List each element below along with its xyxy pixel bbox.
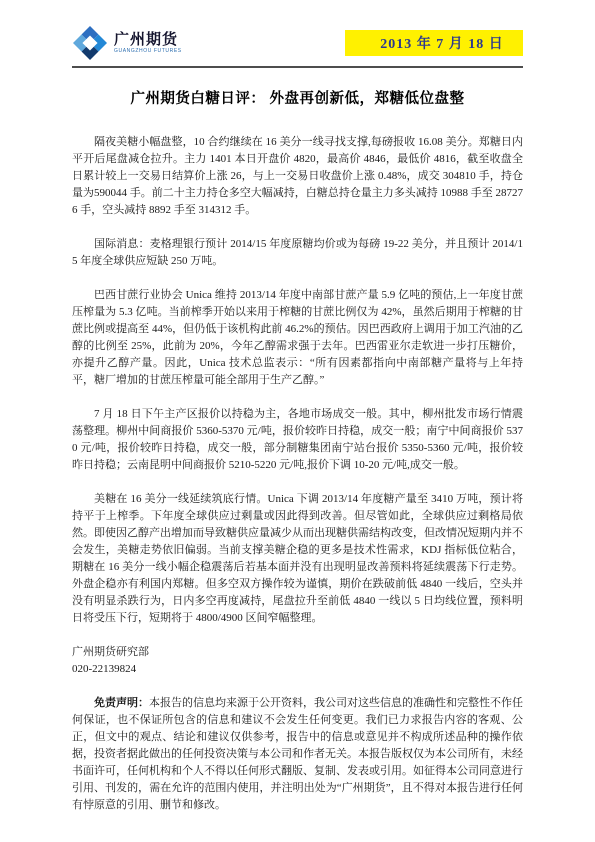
report-header: 广州期货 GUANGZHOU FUTURES 2013 年 7 月 18 日 [72, 24, 523, 62]
report-body: 隔夜美糖小幅盘整，10 合约继续在 16 美分一线寻找支撑,每磅报收 16.08… [72, 134, 523, 814]
logo-name-cn: 广州期货 [114, 32, 182, 47]
document-page: 广州期货 GUANGZHOU FUTURES 2013 年 7 月 18 日 广… [0, 0, 595, 842]
logo-diamond-icon [72, 26, 108, 60]
paragraph-outlook: 美糖在 16 美分一线延续筑底行情。Unica 下调 2013/14 年度糖产量… [72, 491, 523, 627]
header-divider [72, 66, 523, 68]
research-department: 广州期货研究部 [72, 644, 523, 661]
page-number: 1 [497, 782, 502, 792]
paragraph-market-overview: 隔夜美糖小幅盘整，10 合约继续在 16 美分一线寻找支撑,每磅报收 16.08… [72, 134, 523, 219]
paragraph-brazil-unica: 巴西甘蔗行业协会 Unica 维持 2013/14 年度中南部甘蔗产量 5.9 … [72, 287, 523, 389]
paragraph-spot-prices: 7 月 18 日下午主产区报价以持稳为主，各地市场成交一般。其中，柳州批发市场行… [72, 406, 523, 474]
disclaimer: 免责声明：本报告的信息均来源于公开资料，我公司对这些信息的准确性和完整性不作任何… [72, 695, 523, 814]
paragraph-international-news: 国际消息：麦格理银行预计 2014/15 年度原糖均价或为每磅 19-22 美分… [72, 236, 523, 270]
contact-phone: 020-22139824 [72, 661, 523, 678]
report-title: 广州期货白糖日评： 外盘再创新低，郑糖低位盘整 [72, 87, 523, 108]
report-date: 2013 年 7 月 18 日 [380, 37, 504, 52]
signoff-block: 广州期货研究部 020-22139824 [72, 644, 523, 678]
date-highlight-band: 2013 年 7 月 18 日 [345, 30, 523, 56]
disclaimer-label: 免责声明： [94, 697, 149, 709]
disclaimer-text: 本报告的信息均来源于公开资料，我公司对这些信息的准确性和完整性不作任何保证，也不… [72, 697, 523, 811]
logo-text: 广州期货 GUANGZHOU FUTURES [114, 32, 182, 54]
logo-name-en: GUANGZHOU FUTURES [114, 49, 182, 54]
company-logo: 广州期货 GUANGZHOU FUTURES [72, 26, 182, 60]
